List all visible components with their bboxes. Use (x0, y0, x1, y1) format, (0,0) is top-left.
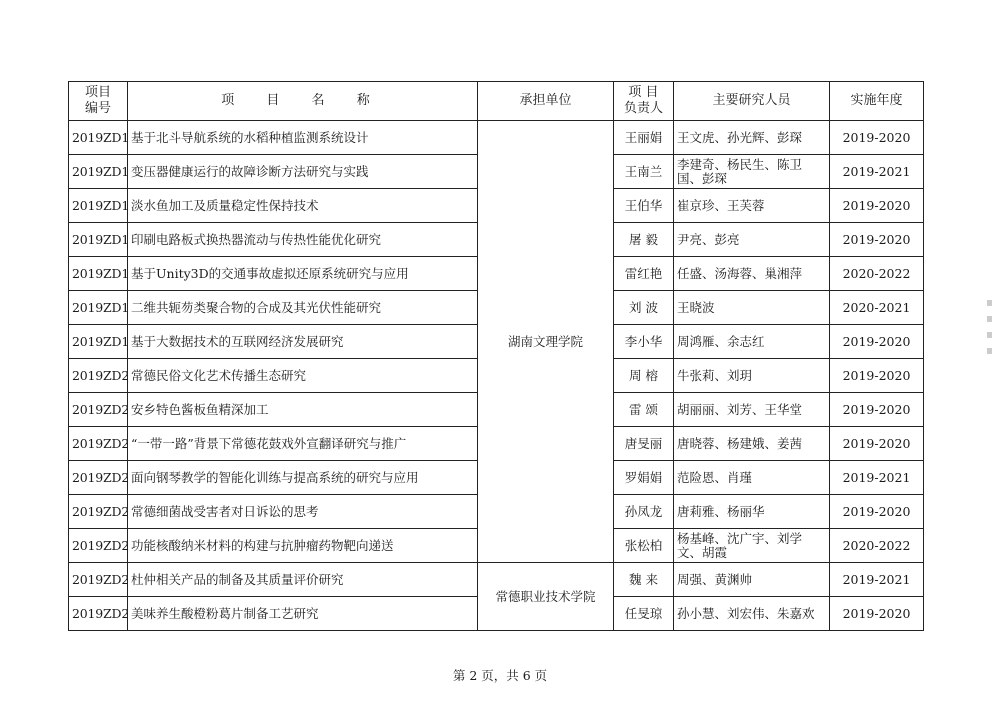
main-researchers: 范险恩、肖瑾 (674, 461, 830, 495)
project-leader: 孙凤龙 (614, 495, 674, 529)
table-row: 2019ZD26杜仲相关产品的制备及其质量评价研究常德职业技术学院魏 来周强、黄… (69, 563, 924, 597)
project-name: “一带一路”背景下常德花鼓戏外宣翻译研究与推广 (128, 427, 478, 461)
header-years-label: 实施年度 (850, 93, 902, 108)
scan-mark (987, 300, 992, 306)
project-name: 美味养生酸橙粉葛片制备工艺研究 (128, 597, 478, 631)
table-body: 2019ZD13基于北斗导航系统的水稻种植监测系统设计湖南文理学院王丽娟王文虎、… (69, 121, 924, 631)
project-code: 2019ZD16 (69, 223, 128, 257)
main-researchers: 唐莉雅、杨丽华 (674, 495, 830, 529)
implementation-years: 2019-2020 (830, 495, 924, 529)
header-code-label: 项目编号 (85, 85, 111, 116)
project-code: 2019ZD19 (69, 325, 128, 359)
project-name: 基于Unity3D的交通事故虚拟还原系统研究与应用 (128, 257, 478, 291)
implementation-years: 2020-2022 (830, 529, 924, 563)
implementation-years: 2020-2021 (830, 291, 924, 325)
main-researchers: 李建奇、杨民生、陈卫国、彭琛 (674, 155, 830, 189)
project-code: 2019ZD23 (69, 461, 128, 495)
header-unit-label: 承担单位 (519, 93, 571, 108)
main-researchers: 尹亮、彭亮 (674, 223, 830, 257)
implementation-years: 2019-2020 (830, 325, 924, 359)
scan-mark (987, 316, 992, 322)
header-members: 主要研究人员 (674, 82, 830, 121)
project-leader: 张松柏 (614, 529, 674, 563)
project-table: 项目编号 项 目 名 称 承担单位 项 目负责人 主要研究人员 实施年度 201… (68, 81, 924, 631)
project-name: 基于北斗导航系统的水稻种植监测系统设计 (128, 121, 478, 155)
project-leader: 雷红艳 (614, 257, 674, 291)
header-leader-label: 项 目负责人 (624, 85, 663, 116)
project-name: 淡水鱼加工及质量稳定性保持技术 (128, 189, 478, 223)
implementation-years: 2019-2020 (830, 223, 924, 257)
main-researchers: 王文虎、孙光辉、彭琛 (674, 121, 830, 155)
table-row: 2019ZD13基于北斗导航系统的水稻种植监测系统设计湖南文理学院王丽娟王文虎、… (69, 121, 924, 155)
header-name-label: 项 目 名 称 (221, 93, 383, 108)
project-leader: 王南兰 (614, 155, 674, 189)
project-leader: 王丽娟 (614, 121, 674, 155)
project-name: 基于大数据技术的互联网经济发展研究 (128, 325, 478, 359)
implementation-years: 2019-2021 (830, 461, 924, 495)
project-leader: 魏 来 (614, 563, 674, 597)
header-name: 项 目 名 称 (128, 82, 478, 121)
header-code: 项目编号 (69, 82, 128, 121)
main-researchers: 杨基峰、沈广宇、刘学文、胡霞 (674, 529, 830, 563)
implementation-years: 2019-2021 (830, 563, 924, 597)
main-researchers: 王晓波 (674, 291, 830, 325)
header-leader: 项 目负责人 (614, 82, 674, 121)
project-leader: 雷 颂 (614, 393, 674, 427)
undertaking-unit: 湖南文理学院 (478, 121, 614, 563)
project-code: 2019ZD24 (69, 495, 128, 529)
project-name: 常德细菌战受害者对日诉讼的思考 (128, 495, 478, 529)
main-researchers: 任盛、汤海蓉、巢湘萍 (674, 257, 830, 291)
main-researchers: 周强、黄渊帅 (674, 563, 830, 597)
project-name: 杜仲相关产品的制备及其质量评价研究 (128, 563, 478, 597)
undertaking-unit: 常德职业技术学院 (478, 563, 614, 631)
project-code: 2019ZD14 (69, 155, 128, 189)
implementation-years: 2019-2020 (830, 121, 924, 155)
project-leader: 任旻琼 (614, 597, 674, 631)
project-name: 安乡特色酱板鱼精深加工 (128, 393, 478, 427)
project-name: 印刷电路板式换热器流动与传热性能优化研究 (128, 223, 478, 257)
implementation-years: 2019-2020 (830, 427, 924, 461)
scan-margin-marks (985, 290, 995, 410)
project-leader: 唐旻丽 (614, 427, 674, 461)
project-code: 2019ZD21 (69, 393, 128, 427)
implementation-years: 2020-2022 (830, 257, 924, 291)
project-leader: 王伯华 (614, 189, 674, 223)
main-researchers: 唐晓蓉、杨建娥、姜茜 (674, 427, 830, 461)
header-years: 实施年度 (830, 82, 924, 121)
project-leader: 李小华 (614, 325, 674, 359)
main-researchers: 周鸿雁、余志红 (674, 325, 830, 359)
implementation-years: 2019-2020 (830, 393, 924, 427)
project-name: 变压器健康运行的故障诊断方法研究与实践 (128, 155, 478, 189)
main-researchers: 牛张莉、刘玥 (674, 359, 830, 393)
page-footer: 第 2 页，共 6 页 (0, 666, 1000, 684)
project-code: 2019ZD26 (69, 563, 128, 597)
scan-mark (987, 348, 992, 354)
project-code: 2019ZD17 (69, 257, 128, 291)
main-researchers: 孙小慧、刘宏伟、朱嘉欢 (674, 597, 830, 631)
implementation-years: 2019-2021 (830, 155, 924, 189)
project-leader: 周 榕 (614, 359, 674, 393)
header-row: 项目编号 项 目 名 称 承担单位 项 目负责人 主要研究人员 实施年度 (69, 82, 924, 121)
project-code: 2019ZD25 (69, 529, 128, 563)
project-leader: 刘 波 (614, 291, 674, 325)
project-leader: 屠 毅 (614, 223, 674, 257)
implementation-years: 2019-2020 (830, 359, 924, 393)
project-code: 2019ZD15 (69, 189, 128, 223)
project-name: 二维共轭芴类聚合物的合成及其光伏性能研究 (128, 291, 478, 325)
project-code: 2019ZD18 (69, 291, 128, 325)
scan-mark (987, 332, 992, 338)
project-name: 功能核酸纳米材料的构建与抗肿瘤药物靶向递送 (128, 529, 478, 563)
project-code: 2019ZD13 (69, 121, 128, 155)
project-name: 面向钢琴教学的智能化训练与提高系统的研究与应用 (128, 461, 478, 495)
project-leader: 罗娟娟 (614, 461, 674, 495)
project-code: 2019ZD22 (69, 427, 128, 461)
main-researchers: 崔京珍、王芙蓉 (674, 189, 830, 223)
implementation-years: 2019-2020 (830, 189, 924, 223)
project-name: 常德民俗文化艺术传播生态研究 (128, 359, 478, 393)
project-code: 2019ZD27 (69, 597, 128, 631)
main-researchers: 胡丽丽、刘芳、王华堂 (674, 393, 830, 427)
header-members-label: 主要研究人员 (712, 93, 790, 108)
project-code: 2019ZD20 (69, 359, 128, 393)
header-unit: 承担单位 (478, 82, 614, 121)
implementation-years: 2019-2020 (830, 597, 924, 631)
